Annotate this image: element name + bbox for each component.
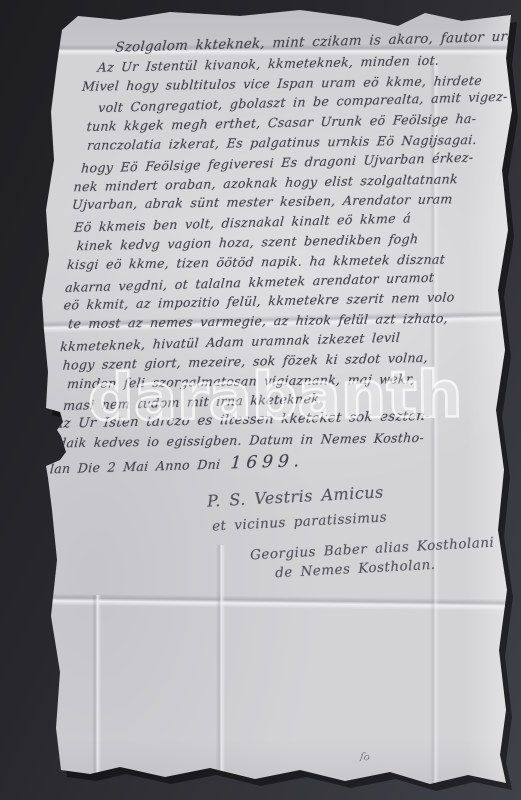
fold-crease-vertical-center	[216, 545, 225, 800]
fold-crease-lower	[0, 593, 521, 612]
signature-relation: et vicinus paratissimus	[212, 509, 388, 534]
date-text: lan Die 2 Mai Anno Dni	[49, 456, 221, 476]
date-year: 1699.	[230, 451, 305, 473]
letter-body: Szolgalom kkteknek, mint czikam is akaro…	[49, 31, 516, 476]
photo-backdrop: Szolgalom kkteknek, mint czikam is akaro…	[0, 0, 521, 800]
stray-ink-mark: ſo	[359, 751, 370, 763]
fold-crease-vertical-left	[92, 595, 101, 800]
signature-salutation: P. S. Vestris Amicus	[207, 482, 385, 510]
manuscript-paper: Szolgalom kkteknek, mint czikam is akaro…	[0, 0, 521, 800]
